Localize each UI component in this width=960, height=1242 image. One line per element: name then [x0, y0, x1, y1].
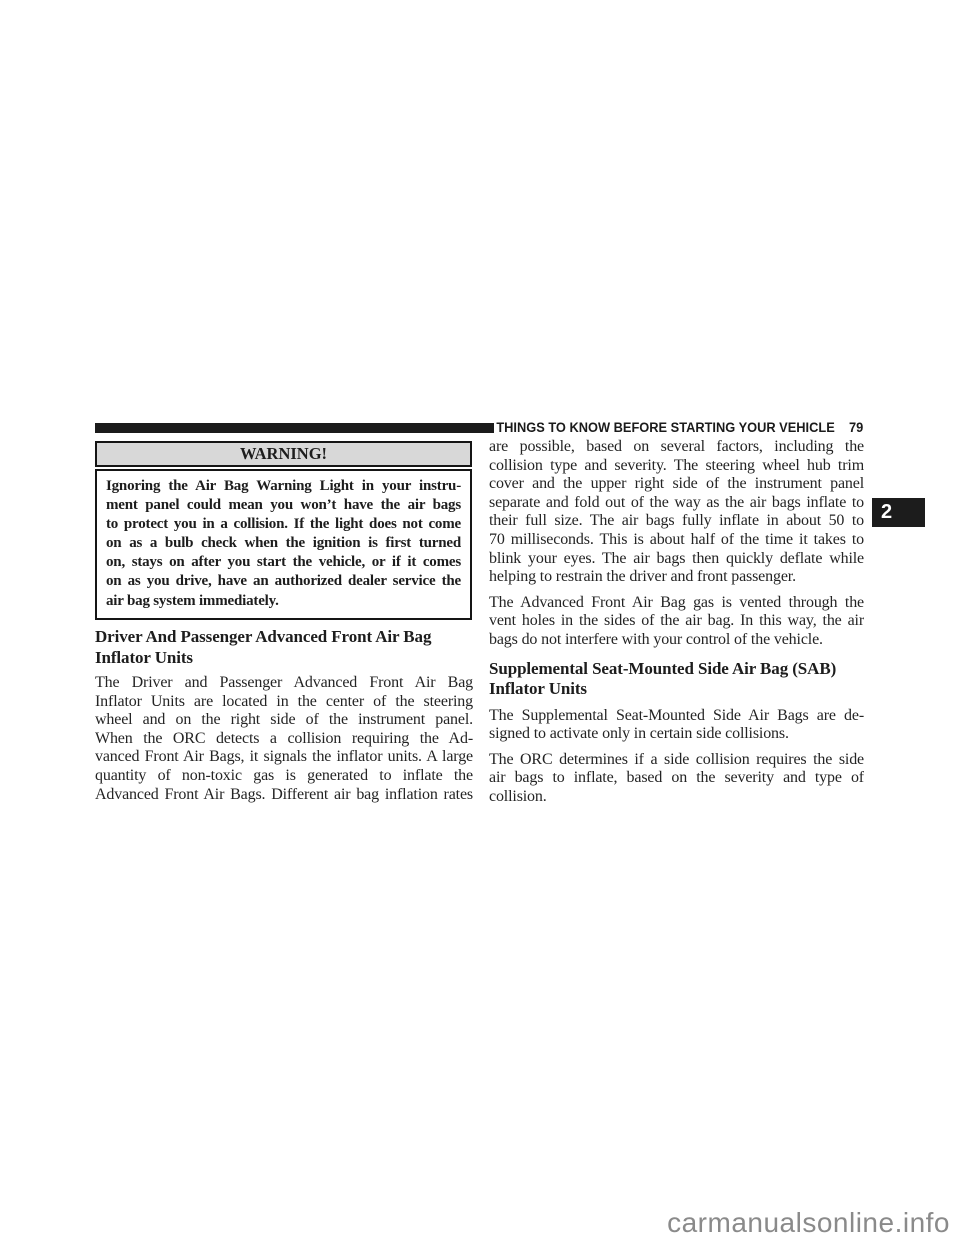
- text-line: vanced Front Air Bags, it signals the in…: [95, 748, 473, 767]
- text-line: The Driver and Passenger Advanced Front …: [95, 674, 473, 693]
- text-line: collision.: [489, 788, 864, 807]
- text-line: on as you drive, have an authorized deal…: [106, 572, 461, 591]
- text-line: air bags to inflate, based on the severi…: [489, 769, 864, 788]
- text-line: collision type and severity. The steerin…: [489, 457, 864, 476]
- text-line: The ORC determines if a side collision r…: [489, 751, 864, 770]
- warning-body: Ignoring the Air Bag Warning Light in yo…: [95, 469, 472, 620]
- text-line: The Supplemental Seat-Mounted Side Air B…: [489, 707, 864, 726]
- section-heading: Supplemental Seat-Mounted Side Air Bag (…: [489, 659, 864, 700]
- text-line: When the ORC detects a collision requiri…: [95, 730, 473, 749]
- text-line: vent holes in the sides of the air bag. …: [489, 612, 864, 631]
- left-column: Driver And Passenger Advanced Front Air …: [95, 627, 473, 804]
- chapter-tab: 2: [872, 498, 925, 527]
- text-line: Advanced Front Air Bags. Different air b…: [95, 786, 473, 805]
- text-line: on, stays on after you start the vehicle…: [106, 553, 461, 572]
- running-header: THINGS TO KNOW BEFORE STARTING YOUR VEHI…: [496, 419, 863, 437]
- text-line: are possible, based on several factors, …: [489, 438, 864, 457]
- manual-page: THINGS TO KNOW BEFORE STARTING YOUR VEHI…: [0, 0, 960, 1242]
- text-line: bags do not interfere with your control …: [489, 631, 864, 650]
- text-line: their full size. The air bags fully infl…: [489, 512, 864, 531]
- body-paragraph: The Driver and Passenger Advanced Front …: [95, 674, 473, 804]
- body-paragraph: are possible, based on several factors, …: [489, 438, 864, 587]
- text-line: 70 milliseconds. This is about half of t…: [489, 531, 864, 550]
- page-number: 79: [849, 420, 863, 435]
- warning-box: WARNING! Ignoring the Air Bag Warning Li…: [95, 441, 472, 620]
- text-line: signed to activate only in certain side …: [489, 725, 864, 744]
- text-line: quantity of non-toxic gas is generated t…: [95, 767, 473, 786]
- right-column: are possible, based on several factors, …: [489, 438, 864, 807]
- text-line: helping to restrain the driver and front…: [489, 568, 864, 587]
- section-heading-line: Inflator Units: [95, 648, 473, 669]
- text-line: Ignoring the Air Bag Warning Light in yo…: [106, 477, 461, 496]
- text-line: air bag system immediately.: [106, 592, 461, 611]
- text-line: Inflator Units are located in the center…: [95, 693, 473, 712]
- text-line: blink your eyes. The air bags then quick…: [489, 550, 864, 569]
- section-heading-line: Driver And Passenger Advanced Front Air …: [95, 627, 473, 648]
- text-line: cover and the upper right side of the in…: [489, 475, 864, 494]
- body-paragraph: The Supplemental Seat-Mounted Side Air B…: [489, 707, 864, 744]
- text-line: wheel and on the right side of the instr…: [95, 711, 473, 730]
- header-rule: [95, 423, 494, 433]
- text-line: separate and fold out of the way as the …: [489, 494, 864, 513]
- text-line: on as a bulb check when the ignition is …: [106, 534, 461, 553]
- body-paragraph: The Advanced Front Air Bag gas is vented…: [489, 594, 864, 650]
- section-heading-line: Supplemental Seat-Mounted Side Air Bag (…: [489, 659, 864, 680]
- section-heading: Driver And Passenger Advanced Front Air …: [95, 627, 473, 668]
- watermark: carmanualsonline.info: [667, 1207, 950, 1239]
- warning-title: WARNING!: [95, 441, 472, 467]
- header-title: THINGS TO KNOW BEFORE STARTING YOUR VEHI…: [496, 420, 834, 435]
- text-line: The Advanced Front Air Bag gas is vented…: [489, 594, 864, 613]
- section-heading-line: Inflator Units: [489, 679, 864, 700]
- text-line: ment panel could mean you won’t have the…: [106, 496, 461, 515]
- text-line: to protect you in a collision. If the li…: [106, 515, 461, 534]
- body-paragraph: The ORC determines if a side collision r…: [489, 751, 864, 807]
